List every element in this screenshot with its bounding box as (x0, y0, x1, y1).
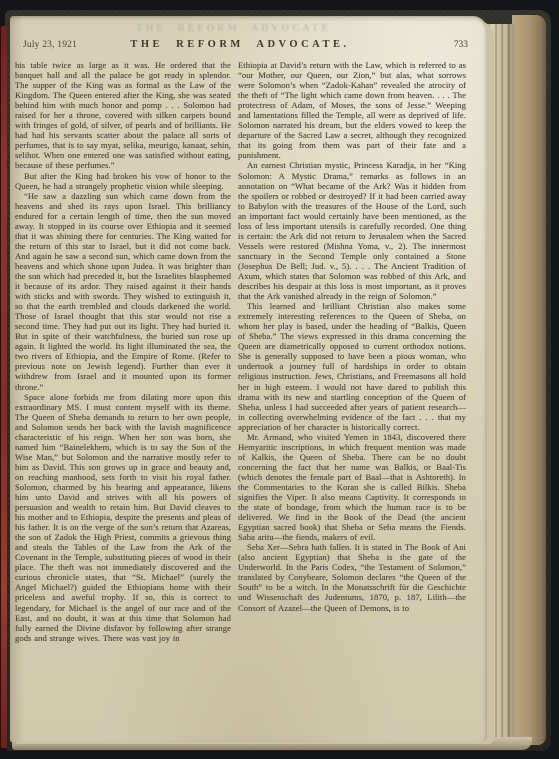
right-column: Ethiopia at David’s return with the Law,… (238, 60, 466, 728)
magazine-page: THE REFORM ADVOCATE July 23, 1921 THE RE… (10, 16, 487, 742)
paragraph: “He saw a dazzling sun which came down f… (15, 191, 231, 392)
paragraph: But after the King had broken his vow of… (15, 171, 231, 191)
red-bookmark-edge (1, 26, 7, 748)
paragraph: This learned and brilliant Christian als… (238, 301, 466, 432)
paragraph: Seba Xer—Sebra hath fallen. It is stated… (238, 542, 466, 612)
paragraph: Mr. Armand, who visited Yemen in 1843, d… (238, 432, 466, 543)
paragraph: Space alone forbids me from dilating mor… (15, 392, 231, 643)
paragraph: Ethiopia at David’s return with the Law,… (238, 60, 466, 160)
left-column: his table twice as large as it was. He o… (15, 60, 231, 728)
photo-background: THE REFORM ADVOCATE July 23, 1921 THE RE… (0, 0, 559, 759)
book-fore-edge (512, 15, 546, 745)
publication-title: THE REFORM ADVOCATE. (15, 39, 465, 50)
paragraph: his table twice as large as it was. He o… (15, 60, 231, 171)
bleed-through-title: THE REFORM ADVOCATE (10, 23, 457, 34)
paragraph: An earnest Christian mystic, Princess Ka… (238, 160, 466, 301)
page-header: July 23, 1921 THE REFORM ADVOCATE. 733 (15, 39, 465, 53)
page-number: 733 (454, 40, 468, 50)
text-columns: his table twice as large as it was. He o… (15, 60, 466, 728)
